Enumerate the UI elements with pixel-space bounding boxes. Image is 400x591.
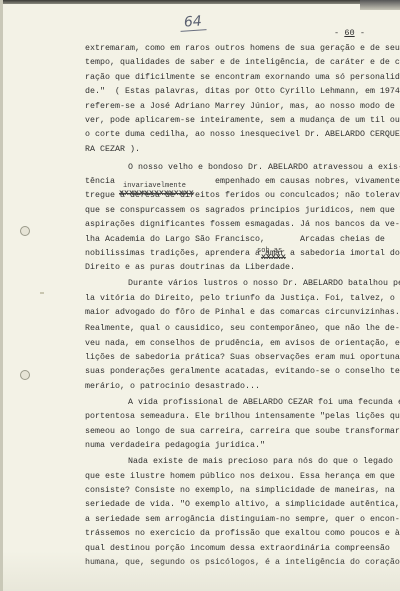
text-line: veu nada, em conselhos de prudência, em … <box>85 339 400 348</box>
text-line: la vitória do Direito, pelo triunfo da J… <box>85 294 395 303</box>
text-line: que este ilustre homem público nos deixo… <box>85 472 395 481</box>
text-line: semeou ao longo de sua carreira, carreir… <box>85 427 400 436</box>
text-line: numa verdadeira pedagogia juridica." <box>85 441 265 450</box>
text-line: consiste? Consiste no exemplo, na simpli… <box>85 486 395 495</box>
text-line: ração que dificilmente se encontram exor… <box>85 73 400 82</box>
page-top-edge <box>0 0 400 4</box>
text-line: referem-se a José Adriano Marrey Júnior,… <box>85 102 395 111</box>
text-line: lha Academia do Largo São Francisco, Arc… <box>85 235 385 244</box>
text-line: merário, o patrocinio desastrado... <box>85 382 260 391</box>
text-line: aspirações dignificantes fossem esmagada… <box>85 220 400 229</box>
page-left-edge <box>0 0 3 591</box>
text-line: ver, pode aplicarem-se inteiramente, sem… <box>85 116 400 125</box>
struck-out-text: xxxxxxxxxxxxxxx <box>119 189 194 198</box>
text-line: nobilissimas tradições, aprendera a amar… <box>85 249 400 258</box>
typed-page-number: - 60 - <box>334 28 365 38</box>
text-line: a seriedade sem arrogância distinguiam-n… <box>85 515 400 524</box>
punch-hole-icon <box>20 226 30 236</box>
struck-out-text: xxxxx <box>261 253 286 262</box>
text-line: Direito e as puras doutrinas da Liberdad… <box>85 263 295 272</box>
paper-speck <box>40 292 44 294</box>
text-line: O nosso velho e bondoso Dr. ABELARDO atr… <box>128 163 400 172</box>
text-line: Durante vários lustros o nosso Dr. ABELA… <box>128 279 400 288</box>
page-bottom-shade <box>0 551 400 591</box>
text-line: Realmente, qual o causidico, seu contemp… <box>85 324 400 333</box>
text-line: trássemos no exercicio da profissão que … <box>85 529 400 538</box>
text-line: seriedade de vida. "O exemplo altivo, a … <box>85 500 400 509</box>
document-page: 64 - 60 - extremaram, como em raros outr… <box>0 0 400 591</box>
text-line: de." ( Estas palavras, ditas por Otto Cy… <box>85 87 400 96</box>
text-line: lições de sabedoria prática? Suas observ… <box>85 353 400 362</box>
text-line: maior advogado do fôro de Pinhal e das c… <box>85 308 400 317</box>
typed-page-number-value: 60 <box>344 28 354 38</box>
text-line: RA CEZAR ). <box>85 145 140 154</box>
text-line: A vida profissional de ABELARDO CEZAR fo… <box>128 398 400 407</box>
text-line: portentosa semeadura. Ele brilhou intens… <box>85 412 400 421</box>
text-line: Nada existe de mais precioso para nós do… <box>128 457 393 466</box>
page-top-right-shadow <box>360 0 400 10</box>
text-line: extremaram, como em raros outros homens … <box>85 44 400 53</box>
text-line: tempo, qualidades de saber e de inteligê… <box>85 58 400 67</box>
text-line: suas ponderações geralmente acatadas, ev… <box>85 367 400 376</box>
text-line: que se conspurcassem os sagrados princip… <box>85 206 395 215</box>
text-line: o corte duma cedilha, ao nosso inesqueci… <box>85 130 400 139</box>
punch-hole-icon <box>20 370 30 380</box>
handwritten-page-number: 64 <box>179 13 206 32</box>
